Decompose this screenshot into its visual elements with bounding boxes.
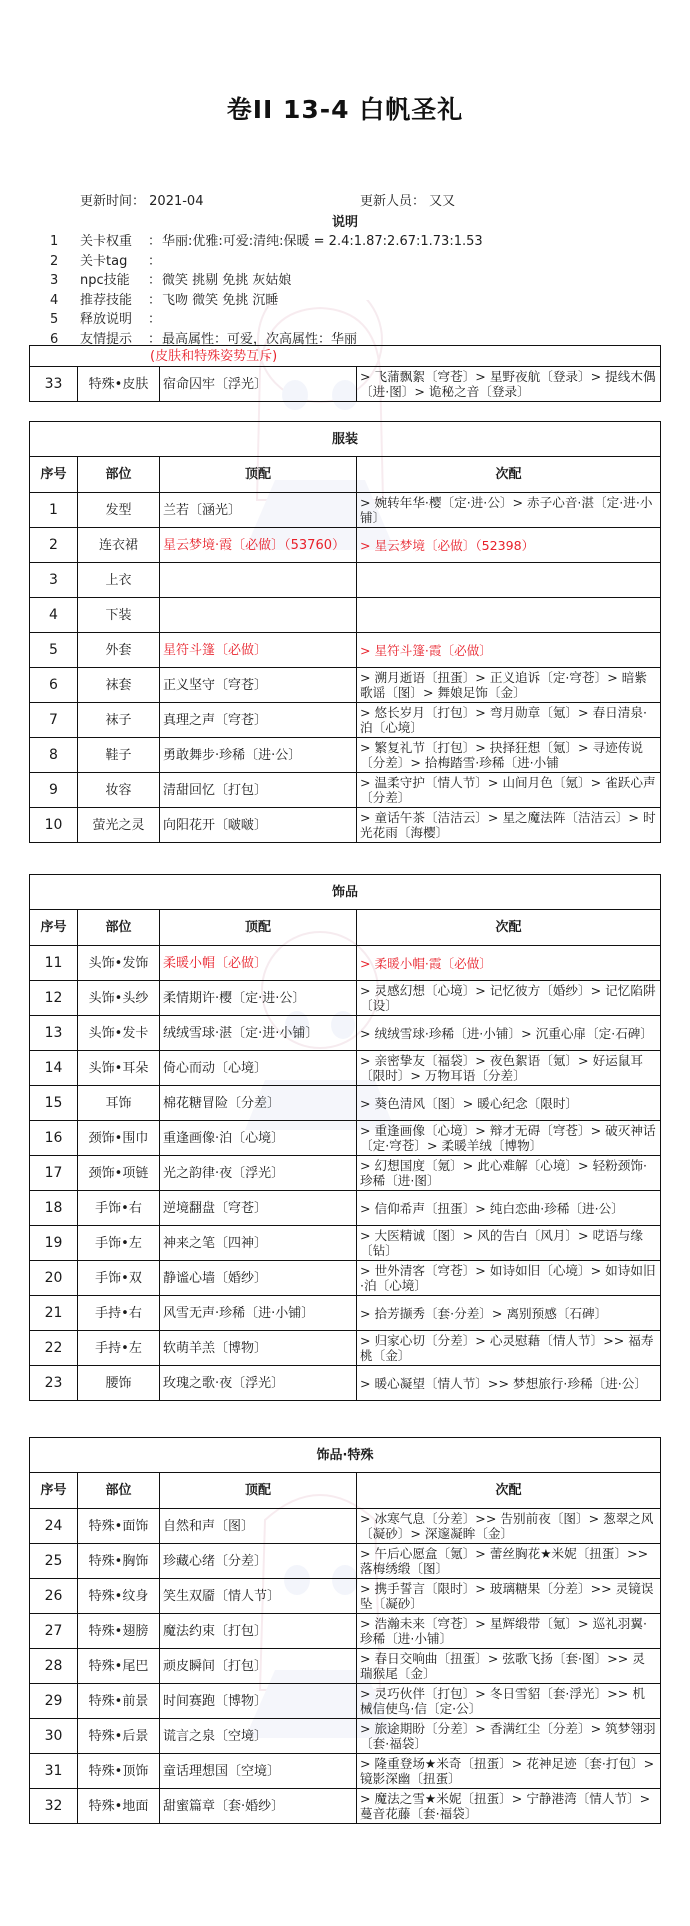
item-slot: 鞋子 (78, 738, 160, 773)
alternatives: > 温柔守护〔情人节〕> 山间月色〔氪〕> 雀跃心声〔分差〕 (357, 773, 661, 808)
item-number: 22 (30, 1331, 78, 1366)
top-pick: 玫瑰之歌·夜〔浮光〕 (160, 1366, 357, 1401)
top-pick: 勇敢舞步·珍稀〔进·公〕 (160, 738, 357, 773)
skin-exclusive-note: (皮肤和特殊姿势互斥) (30, 346, 661, 367)
table-row: 18手饰•右逆境翻盘〔穹苍〕> 信仰希声〔扭蛋〕> 纯白恋曲·珍稀〔进·公〕 (30, 1191, 661, 1226)
top-pick: 清甜回忆〔打包〕 (160, 773, 357, 808)
note-separator: ： (148, 232, 162, 252)
alternatives: > 星云梦境〔必做〕（52398） (357, 528, 661, 563)
item-number: 20 (30, 1261, 78, 1296)
item-slot: 连衣裙 (78, 528, 160, 563)
alternatives: > 星符斗篷·霞〔必做〕 (357, 633, 661, 668)
top-pick: 自然和声〔图〕 (160, 1509, 357, 1544)
update-time-label: 更新时间： (80, 194, 145, 209)
col-header-top: 顶配 (160, 1473, 357, 1509)
item-number: 24 (30, 1509, 78, 1544)
item-slot: 颈饰•围巾 (78, 1121, 160, 1156)
note-item: 4 推荐技能 ： 飞吻 微笑 免挑 沉睡 (40, 291, 660, 311)
table-row: 6袜套正义坚守〔穹苍〕> 溯月逝语〔扭蛋〕> 正义追诉〔定·穹苍〕> 暗紫歌谣〔… (30, 668, 661, 703)
update-time-value: 2021-04 (149, 194, 203, 209)
note-key: 推荐技能 (80, 291, 148, 311)
clothing-rows: 1发型兰若〔涵光〕> 婉转年华·樱〔定·进·公〕> 赤子心音·湛〔定·进·小铺〕… (30, 493, 661, 843)
table-row: 14头饰•耳朵倚心而动〔心境〕> 亲密挚友〔福袋〕> 夜色絮语〔氪〕> 好运鼠耳… (30, 1051, 661, 1086)
item-number: 18 (30, 1191, 78, 1226)
alternatives: > 浩瀚未来〔穹苍〕> 星辉缎带〔氪〕> 巡礼羽翼·珍稀〔进·小铺〕 (357, 1614, 661, 1649)
item-slot: 上衣 (78, 563, 160, 598)
top-pick: 笑生双靥〔情人节〕 (160, 1579, 357, 1614)
table-row: 24特殊•面饰自然和声〔图〕> 冰寒气息〔分差〕>> 告别前夜〔图〕> 葱翠之风… (30, 1509, 661, 1544)
special-table-title: 饰品·特殊 (30, 1438, 661, 1473)
accessory-table: 饰品 序号 部位 顶配 次配 11头饰•发饰柔暖小帽〔必做〕> 柔暖小帽·霞〔必… (29, 874, 661, 1401)
item-number: 29 (30, 1684, 78, 1719)
alternatives: > 隆重登场★米奇〔扭蛋〕> 花神足迹〔套·打包〕> 镜影深幽〔扭蛋〕 (357, 1754, 661, 1789)
top-pick: 珍藏心绪〔分差〕 (160, 1544, 357, 1579)
note-separator: ： (148, 310, 162, 330)
table-row: 2连衣裙星云梦境·霞〔必做〕（53760）> 星云梦境〔必做〕（52398） (30, 528, 661, 563)
top-pick: 光之韵律·夜〔浮光〕 (160, 1156, 357, 1191)
top-pick: 兰若〔涵光〕 (160, 493, 357, 528)
item-number: 17 (30, 1156, 78, 1191)
top-pick (160, 563, 357, 598)
item-slot: 下装 (78, 598, 160, 633)
note-key: 释放说明 (80, 310, 148, 330)
col-header-sub: 次配 (357, 910, 661, 946)
special-rows: 24特殊•面饰自然和声〔图〕> 冰寒气息〔分差〕>> 告别前夜〔图〕> 葱翠之风… (30, 1509, 661, 1824)
updater-label: 更新人员： (360, 194, 425, 209)
item-slot: 手持•左 (78, 1331, 160, 1366)
note-item: 3 npc技能 ： 微笑 挑剔 免挑 灰姑娘 (40, 271, 660, 291)
item-number: 30 (30, 1719, 78, 1754)
alternatives: > 魔法之雪★米妮〔扭蛋〕> 宁静港湾〔情人节〕> 蔓音花藤〔套·福袋〕 (357, 1789, 661, 1824)
top-pick: 甜蜜篇章〔套·婚纱〕 (160, 1789, 357, 1824)
alternatives: > 绒绒雪球·珍稀〔进·小铺〕> 沉重心扉〔定·石碑〕 (357, 1016, 661, 1051)
top-pick: 星符斗篷〔必做〕 (160, 633, 357, 668)
item-slot: 袜子 (78, 703, 160, 738)
note-item: 2 关卡tag ： (40, 252, 660, 272)
skin-table: (皮肤和特殊姿势互斥) 33特殊•皮肤宿命囚牢〔浮光〕> 飞蒲飘絮〔穹苍〕> 星… (29, 345, 661, 402)
accessory-rows: 11头饰•发饰柔暖小帽〔必做〕> 柔暖小帽·霞〔必做〕12头饰•头纱柔情期许·樱… (30, 946, 661, 1401)
table-row: 31特殊•顶饰童话理想国〔空境〕> 隆重登场★米奇〔扭蛋〕> 花神足迹〔套·打包… (30, 1754, 661, 1789)
table-row: 32特殊•地面甜蜜篇章〔套·婚纱〕> 魔法之雪★米妮〔扭蛋〕> 宁静港湾〔情人节… (30, 1789, 661, 1824)
col-header-no: 序号 (30, 910, 78, 946)
notes-list: 1 关卡权重 ： 华丽:优雅:可爱:清纯:保暖 = 2.4:1.87:2.67:… (40, 232, 660, 350)
item-number: 1 (30, 493, 78, 528)
col-header-no: 序号 (30, 457, 78, 493)
top-pick (160, 598, 357, 633)
alternatives: > 冰寒气息〔分差〕>> 告别前夜〔图〕> 葱翠之风〔凝砂〕> 深邃凝眸〔金〕 (357, 1509, 661, 1544)
alternatives: > 世外清客〔穹苍〕> 如诗如旧〔心境〕> 如诗如旧·泊〔心境〕 (357, 1261, 661, 1296)
table-row: 3上衣 (30, 563, 661, 598)
note-value: 微笑 挑剔 免挑 灰姑娘 (162, 271, 660, 291)
updater: 更新人员： 又又 (360, 190, 455, 209)
table-row: 9妆容清甜回忆〔打包〕> 温柔守护〔情人节〕> 山间月色〔氪〕> 雀跃心声〔分差… (30, 773, 661, 808)
table-row: 22手持•左软萌羊羔〔博物〕> 归家心切〔分差〕> 心灵慰藉〔情人节〕>> 福寿… (30, 1331, 661, 1366)
table-row: 26特殊•纹身笑生双靥〔情人节〕> 携手誓言〔限时〕> 玻璃糖果〔分差〕>> 灵… (30, 1579, 661, 1614)
item-number: 26 (30, 1579, 78, 1614)
page-title: 卷II 13-4 白帆圣礼 (0, 90, 690, 126)
table-row: 15耳饰棉花糖冒险〔分差〕> 葵色清风〔图〕> 暖心纪念〔限时〕 (30, 1086, 661, 1121)
item-slot: 外套 (78, 633, 160, 668)
update-time: 更新时间： 2021-04 (80, 190, 203, 209)
item-slot: 特殊•尾巴 (78, 1649, 160, 1684)
table-row: 4下装 (30, 598, 661, 633)
table-row: 8鞋子勇敢舞步·珍稀〔进·公〕> 繁复礼节〔打包〕> 抉择狂想〔氪〕> 寻迹传说… (30, 738, 661, 773)
alternatives: > 飞蒲飘絮〔穹苍〕> 星野夜航〔登录〕> 提线木偶〔进·图〕> 诡秘之音〔登录… (357, 367, 661, 402)
item-number: 25 (30, 1544, 78, 1579)
note-item: 5 释放说明 ： (40, 310, 660, 330)
top-pick: 逆境翻盘〔穹苍〕 (160, 1191, 357, 1226)
item-number: 33 (30, 367, 78, 402)
item-slot: 特殊•地面 (78, 1789, 160, 1824)
top-pick: 柔情期许·樱〔定·进·公〕 (160, 981, 357, 1016)
alternatives: > 童话午茶〔洁洁云〕> 星之魔法阵〔洁洁云〕> 时光花雨〔海樱〕 (357, 808, 661, 843)
note-key: npc技能 (80, 271, 148, 291)
alternatives: > 暖心凝望〔情人节〕>> 梦想旅行·珍稀〔进·公〕 (357, 1366, 661, 1401)
alternatives: > 亲密挚友〔福袋〕> 夜色絮语〔氪〕> 好运鼠耳〔限时〕> 万物耳语〔分差〕 (357, 1051, 661, 1086)
table-row: 19手饰•左神来之笔〔四神〕> 大医精诚〔图〕> 风的告白〔风月〕> 呓语与缘〔… (30, 1226, 661, 1261)
item-number: 15 (30, 1086, 78, 1121)
item-slot: 手饰•双 (78, 1261, 160, 1296)
top-pick: 童话理想国〔空境〕 (160, 1754, 357, 1789)
item-slot: 头饰•耳朵 (78, 1051, 160, 1086)
col-header-sub: 次配 (357, 457, 661, 493)
top-pick: 倚心而动〔心境〕 (160, 1051, 357, 1086)
col-header-no: 序号 (30, 1473, 78, 1509)
note-key: 关卡tag (80, 252, 148, 272)
item-slot: 袜套 (78, 668, 160, 703)
item-slot: 特殊•胸饰 (78, 1544, 160, 1579)
item-number: 13 (30, 1016, 78, 1051)
note-value (162, 310, 660, 330)
note-value: 飞吻 微笑 免挑 沉睡 (162, 291, 660, 311)
item-slot: 颈饰•项链 (78, 1156, 160, 1191)
top-pick: 向阳花开〔啵啵〕 (160, 808, 357, 843)
table-row: 7袜子真理之声〔穹苍〕> 悠长岁月〔打包〕> 弯月勋章〔氪〕> 春日清泉·泊〔心… (30, 703, 661, 738)
alternatives: > 大医精诚〔图〕> 风的告白〔风月〕> 呓语与缘〔钻〕 (357, 1226, 661, 1261)
col-header-slot: 部位 (78, 910, 160, 946)
top-pick: 时间赛跑〔博物〕 (160, 1684, 357, 1719)
item-slot: 妆容 (78, 773, 160, 808)
alternatives: > 灵巧伙伴〔打包〕> 冬日雪貂〔套·浮光〕>> 机械信使鸟·信〔定·公〕 (357, 1684, 661, 1719)
item-number: 10 (30, 808, 78, 843)
top-pick: 绒绒雪球·湛〔定·进·小铺〕 (160, 1016, 357, 1051)
item-slot: 手饰•左 (78, 1226, 160, 1261)
table-row: 11头饰•发饰柔暖小帽〔必做〕> 柔暖小帽·霞〔必做〕 (30, 946, 661, 981)
item-slot: 手饰•右 (78, 1191, 160, 1226)
top-pick: 重逢画像·泊〔心境〕 (160, 1121, 357, 1156)
note-number: 3 (40, 271, 80, 291)
alternatives: > 灵感幻想〔心境〕> 记忆彼方〔婚纱〕> 记忆陷阱〔设〕 (357, 981, 661, 1016)
table-row: 30特殊•后景谎言之泉〔空境〕> 旅途期盼〔分差〕> 香满红尘〔分差〕> 筑梦翎… (30, 1719, 661, 1754)
note-separator: ： (148, 271, 162, 291)
note-separator: ： (148, 291, 162, 311)
item-slot: 头饰•发饰 (78, 946, 160, 981)
col-header-slot: 部位 (78, 457, 160, 493)
alternatives: > 午后心愿盒〔氪〕> 蕾丝胸花★米妮〔扭蛋〕>> 落梅绣缎〔图〕 (357, 1544, 661, 1579)
item-slot: 手持•右 (78, 1296, 160, 1331)
table-row: 16颈饰•围巾重逢画像·泊〔心境〕> 重逢画像〔心境〕> 辩才无碍〔穹苍〕> 破… (30, 1121, 661, 1156)
item-slot: 萤光之灵 (78, 808, 160, 843)
item-slot: 特殊•后景 (78, 1719, 160, 1754)
top-pick: 谎言之泉〔空境〕 (160, 1719, 357, 1754)
updater-value: 又又 (429, 194, 455, 209)
alternatives: > 旅途期盼〔分差〕> 香满红尘〔分差〕> 筑梦翎羽〔套·福袋〕 (357, 1719, 661, 1754)
item-number: 16 (30, 1121, 78, 1156)
item-number: 12 (30, 981, 78, 1016)
item-slot: 发型 (78, 493, 160, 528)
item-number: 9 (30, 773, 78, 808)
note-number: 5 (40, 310, 80, 330)
clothing-table-title: 服装 (30, 422, 661, 457)
item-number: 2 (30, 528, 78, 563)
alternatives (357, 598, 661, 633)
item-number: 8 (30, 738, 78, 773)
item-number: 4 (30, 598, 78, 633)
note-item: 1 关卡权重 ： 华丽:优雅:可爱:清纯:保暖 = 2.4:1.87:2.67:… (40, 232, 660, 252)
item-number: 5 (30, 633, 78, 668)
item-number: 14 (30, 1051, 78, 1086)
alternatives: > 葵色清风〔图〕> 暖心纪念〔限时〕 (357, 1086, 661, 1121)
item-number: 3 (30, 563, 78, 598)
clothing-table: 服装 序号 部位 顶配 次配 1发型兰若〔涵光〕> 婉转年华·樱〔定·进·公〕>… (29, 421, 661, 843)
table-row: 21手持•右风雪无声·珍稀〔进·小铺〕> 拾芳撷秀〔套·分差〕> 离别预感〔石碑… (30, 1296, 661, 1331)
top-pick: 柔暖小帽〔必做〕 (160, 946, 357, 981)
note-value: 华丽:优雅:可爱:清纯:保暖 = 2.4:1.87:2.67:1.73:1.53 (162, 232, 660, 252)
item-slot: 腰饰 (78, 1366, 160, 1401)
description-heading: 说明 (0, 211, 690, 230)
top-pick: 神来之笔〔四神〕 (160, 1226, 357, 1261)
item-number: 11 (30, 946, 78, 981)
top-pick: 真理之声〔穹苍〕 (160, 703, 357, 738)
table-row: 25特殊•胸饰珍藏心绪〔分差〕> 午后心愿盒〔氪〕> 蕾丝胸花★米妮〔扭蛋〕>>… (30, 1544, 661, 1579)
top-pick: 风雪无声·珍稀〔进·小铺〕 (160, 1296, 357, 1331)
table-row: 29特殊•前景时间赛跑〔博物〕> 灵巧伙伴〔打包〕> 冬日雪貂〔套·浮光〕>> … (30, 1684, 661, 1719)
col-header-slot: 部位 (78, 1473, 160, 1509)
table-row: 10萤光之灵向阳花开〔啵啵〕> 童话午茶〔洁洁云〕> 星之魔法阵〔洁洁云〕> 时… (30, 808, 661, 843)
item-slot: 头饰•头纱 (78, 981, 160, 1016)
item-number: 28 (30, 1649, 78, 1684)
note-key: 关卡权重 (80, 232, 148, 252)
item-slot: 特殊•皮肤 (78, 367, 160, 402)
table-row: 27特殊•翅膀魔法约束〔打包〕> 浩瀚未来〔穹苍〕> 星辉缎带〔氪〕> 巡礼羽翼… (30, 1614, 661, 1649)
top-pick: 正义坚守〔穹苍〕 (160, 668, 357, 703)
top-pick: 顽皮瞬间〔打包〕 (160, 1649, 357, 1684)
note-value (162, 252, 660, 272)
table-header-row: 序号 部位 顶配 次配 (30, 1473, 661, 1509)
item-number: 6 (30, 668, 78, 703)
item-slot: 特殊•面饰 (78, 1509, 160, 1544)
top-pick: 宿命囚牢〔浮光〕 (160, 367, 357, 402)
alternatives: > 春日交响曲〔扭蛋〕> 弦歌飞扬〔套·图〕>> 灵瑞猴尾〔金〕 (357, 1649, 661, 1684)
alternatives: > 柔暖小帽·霞〔必做〕 (357, 946, 661, 981)
item-number: 19 (30, 1226, 78, 1261)
table-row: 13头饰•发卡绒绒雪球·湛〔定·进·小铺〕> 绒绒雪球·珍稀〔进·小铺〕> 沉重… (30, 1016, 661, 1051)
col-header-sub: 次配 (357, 1473, 661, 1509)
top-pick: 静谧心墙〔婚纱〕 (160, 1261, 357, 1296)
alternatives: > 拾芳撷秀〔套·分差〕> 离别预感〔石碑〕 (357, 1296, 661, 1331)
table-header-row: 序号 部位 顶配 次配 (30, 457, 661, 493)
alternatives: > 重逢画像〔心境〕> 辩才无碍〔穹苍〕> 破灭神话〔定·穹苍〕> 柔暖羊绒〔博… (357, 1121, 661, 1156)
col-header-top: 顶配 (160, 910, 357, 946)
accessory-table-title: 饰品 (30, 875, 661, 910)
special-accessory-table: 饰品·特殊 序号 部位 顶配 次配 24特殊•面饰自然和声〔图〕> 冰寒气息〔分… (29, 1437, 661, 1824)
note-number: 2 (40, 252, 80, 272)
table-row: 1发型兰若〔涵光〕> 婉转年华·樱〔定·进·公〕> 赤子心音·湛〔定·进·小铺〕 (30, 493, 661, 528)
alternatives: > 携手誓言〔限时〕> 玻璃糖果〔分差〕>> 灵镜误坠〔凝砂〕 (357, 1579, 661, 1614)
table-row: 20手饰•双静谧心墙〔婚纱〕> 世外清客〔穹苍〕> 如诗如旧〔心境〕> 如诗如旧… (30, 1261, 661, 1296)
item-number: 7 (30, 703, 78, 738)
table-header-row: 序号 部位 顶配 次配 (30, 910, 661, 946)
table-row: 17颈饰•项链光之韵律·夜〔浮光〕> 幻想国度〔氪〕> 此心难解〔心境〕> 轻粉… (30, 1156, 661, 1191)
top-pick: 软萌羊羔〔博物〕 (160, 1331, 357, 1366)
skin-rows: 33特殊•皮肤宿命囚牢〔浮光〕> 飞蒲飘絮〔穹苍〕> 星野夜航〔登录〕> 提线木… (30, 367, 661, 402)
table-row: 5外套星符斗篷〔必做〕> 星符斗篷·霞〔必做〕 (30, 633, 661, 668)
alternatives: > 悠长岁月〔打包〕> 弯月勋章〔氪〕> 春日清泉·泊〔心境〕 (357, 703, 661, 738)
alternatives: > 溯月逝语〔扭蛋〕> 正义追诉〔定·穹苍〕> 暗紫歌谣〔图〕> 舞娘足饰〔金〕 (357, 668, 661, 703)
table-row: 33特殊•皮肤宿命囚牢〔浮光〕> 飞蒲飘絮〔穹苍〕> 星野夜航〔登录〕> 提线木… (30, 367, 661, 402)
item-slot: 头饰•发卡 (78, 1016, 160, 1051)
alternatives: > 幻想国度〔氪〕> 此心难解〔心境〕> 轻粉颈饰·珍稀〔进·图〕 (357, 1156, 661, 1191)
item-slot: 特殊•前景 (78, 1684, 160, 1719)
note-number: 4 (40, 291, 80, 311)
note-number: 1 (40, 232, 80, 252)
table-row: 28特殊•尾巴顽皮瞬间〔打包〕> 春日交响曲〔扭蛋〕> 弦歌飞扬〔套·图〕>> … (30, 1649, 661, 1684)
item-number: 31 (30, 1754, 78, 1789)
top-pick: 星云梦境·霞〔必做〕（53760） (160, 528, 357, 563)
top-pick: 魔法约束〔打包〕 (160, 1614, 357, 1649)
alternatives (357, 563, 661, 598)
alternatives: > 信仰希声〔扭蛋〕> 纯白恋曲·珍稀〔进·公〕 (357, 1191, 661, 1226)
item-slot: 特殊•纹身 (78, 1579, 160, 1614)
alternatives: > 婉转年华·樱〔定·进·公〕> 赤子心音·湛〔定·进·小铺〕 (357, 493, 661, 528)
item-slot: 特殊•顶饰 (78, 1754, 160, 1789)
item-slot: 耳饰 (78, 1086, 160, 1121)
item-slot: 特殊•翅膀 (78, 1614, 160, 1649)
col-header-top: 顶配 (160, 457, 357, 493)
alternatives: > 归家心切〔分差〕> 心灵慰藉〔情人节〕>> 福寿桃〔金〕 (357, 1331, 661, 1366)
top-pick: 棉花糖冒险〔分差〕 (160, 1086, 357, 1121)
item-number: 27 (30, 1614, 78, 1649)
item-number: 21 (30, 1296, 78, 1331)
item-number: 32 (30, 1789, 78, 1824)
alternatives: > 繁复礼节〔打包〕> 抉择狂想〔氪〕> 寻迹传说〔分差〕> 拾梅踏雪·珍稀〔进… (357, 738, 661, 773)
table-row: 23腰饰玫瑰之歌·夜〔浮光〕> 暖心凝望〔情人节〕>> 梦想旅行·珍稀〔进·公〕 (30, 1366, 661, 1401)
item-number: 23 (30, 1366, 78, 1401)
table-row: 12头饰•头纱柔情期许·樱〔定·进·公〕> 灵感幻想〔心境〕> 记忆彼方〔婚纱〕… (30, 981, 661, 1016)
note-separator: ： (148, 252, 162, 272)
